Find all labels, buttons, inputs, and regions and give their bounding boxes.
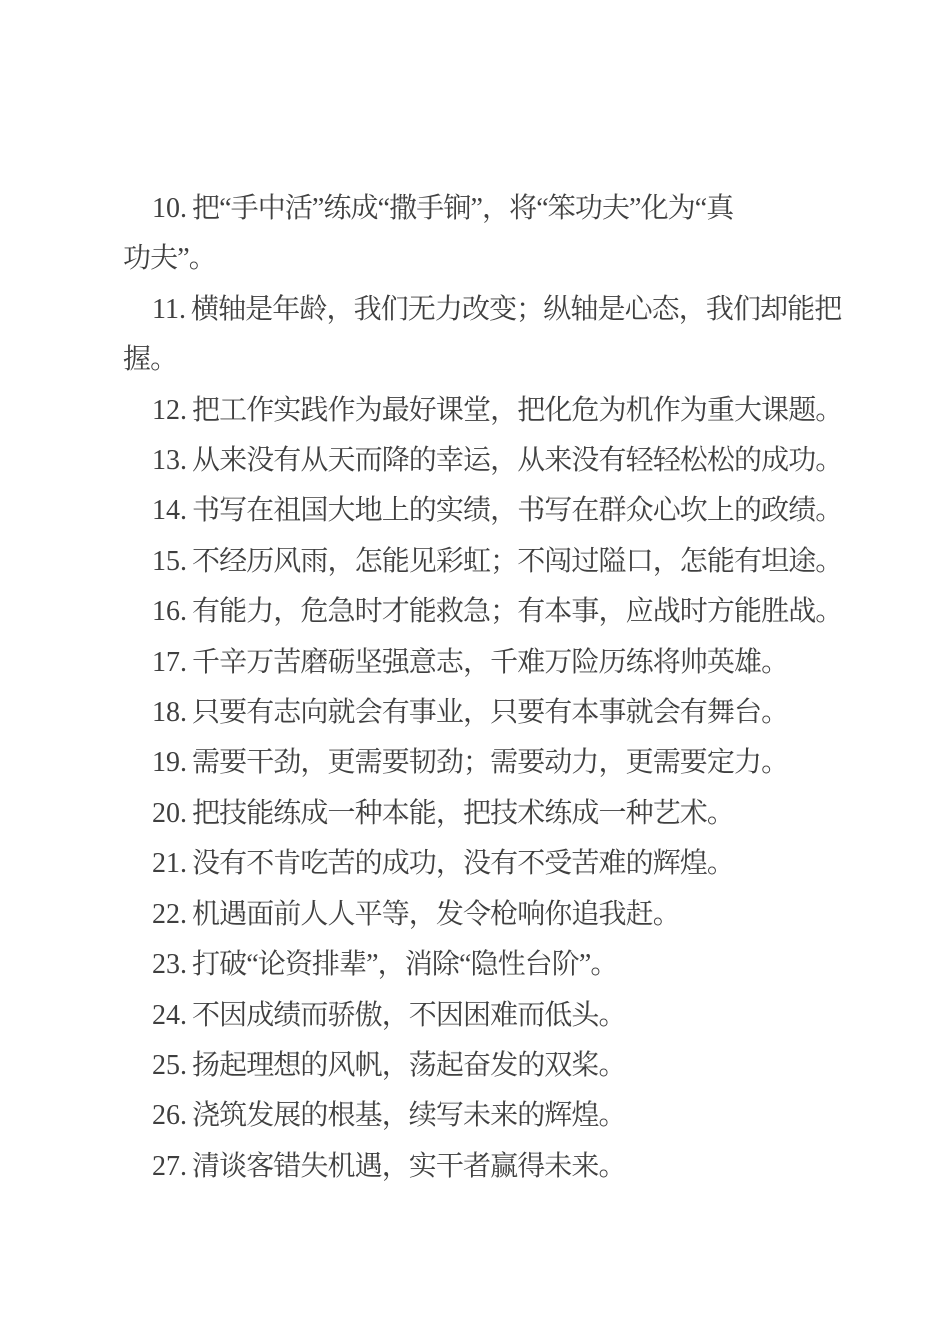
item-number: 12. [152, 395, 187, 426]
item-number: 16. [152, 596, 187, 627]
item-text: 扬起理想的风帆，荡起奋发的双桨。 [192, 1050, 626, 1081]
item-number: 17. [152, 647, 187, 678]
item-number: 14. [152, 495, 187, 526]
item-number: 20. [152, 798, 187, 829]
list-item-15: 15.不经历风雨，怎能见彩虹；不闯过隘口，怎能有坦途。 [123, 537, 863, 587]
item-number: 25. [152, 1050, 187, 1081]
item-text: 需要干劲，更需要韧劲；需要动力，更需要定力。 [192, 747, 788, 778]
list-item-24: 24.不因成绩而骄傲，不因困难而低头。 [123, 991, 863, 1041]
list-item-10: 10.把“手中活”练成“撒手锏”，将“笨功夫”化为“真 功夫”。 [123, 184, 863, 285]
list-item-18: 18.只要有志向就会有事业，只要有本事就会有舞台。 [123, 688, 863, 738]
item-number: 13. [152, 445, 187, 476]
item-text: 浇筑发展的根基，续写未来的辉煌。 [192, 1100, 626, 1131]
item-text: 把工作实践作为最好课堂，把化危为机作为重大课题。 [192, 395, 842, 426]
item-number: 22. [152, 899, 187, 930]
item-text: 横轴是年龄，我们无力改变；纵轴是心态，我们却能把 握。 [123, 294, 841, 375]
list-item-14: 14.书写在祖国大地上的实绩，书写在群众心坎上的政绩。 [123, 486, 863, 536]
item-number: 11. [152, 294, 186, 325]
list-item-27: 27.清谈客错失机遇，实干者赢得未来。 [123, 1142, 863, 1192]
list-item-11: 11.横轴是年龄，我们无力改变；纵轴是心态，我们却能把 握。 [123, 285, 863, 386]
list-item-21: 21.没有不肯吃苦的成功，没有不受苦难的辉煌。 [123, 839, 863, 889]
item-text: 不因成绩而骄傲，不因困难而低头。 [192, 1000, 626, 1031]
list-item-19: 19.需要干劲，更需要韧劲；需要动力，更需要定力。 [123, 738, 863, 788]
list-item-25: 25.扬起理想的风帆，荡起奋发的双桨。 [123, 1041, 863, 1091]
list-item-20: 20.把技能练成一种本能，把技术练成一种艺术。 [123, 789, 863, 839]
item-number: 26. [152, 1100, 187, 1131]
item-text: 没有不肯吃苦的成功，没有不受苦难的辉煌。 [192, 848, 734, 879]
item-text: 只要有志向就会有事业，只要有本事就会有舞台。 [192, 697, 788, 728]
list-item-16: 16.有能力，危急时才能救急；有本事，应战时方能胜战。 [123, 587, 863, 637]
item-text: 不经历风雨，怎能见彩虹；不闯过隘口，怎能有坦途。 [192, 546, 842, 577]
item-number: 15. [152, 546, 187, 577]
item-number: 24. [152, 1000, 187, 1031]
item-text: 从来没有从天而降的幸运，从来没有轻轻松松的成功。 [192, 445, 842, 476]
list-item-26: 26.浇筑发展的根基，续写未来的辉煌。 [123, 1091, 863, 1141]
item-number: 21. [152, 848, 187, 879]
item-text: 有能力，危急时才能救急；有本事，应战时方能胜战。 [192, 596, 842, 627]
item-text: 把“手中活”练成“撒手锏”，将“笨功夫”化为“真 功夫”。 [123, 193, 733, 274]
list-item-23: 23.打破“论资排辈”，消除“隐性台阶”。 [123, 940, 863, 990]
document-page: 10.把“手中活”练成“撒手锏”，将“笨功夫”化为“真 功夫”。 11.横轴是年… [0, 0, 950, 1344]
list-item-17: 17.千辛万苦磨砺坚强意志，千难万险历练将帅英雄。 [123, 638, 863, 688]
item-text: 把技能练成一种本能，把技术练成一种艺术。 [192, 798, 734, 829]
list-item-13: 13.从来没有从天而降的幸运，从来没有轻轻松松的成功。 [123, 436, 863, 486]
list-item-12: 12.把工作实践作为最好课堂，把化危为机作为重大课题。 [123, 386, 863, 436]
item-number: 19. [152, 747, 187, 778]
item-number: 18. [152, 697, 187, 728]
quote-list: 10.把“手中活”练成“撒手锏”，将“笨功夫”化为“真 功夫”。 11.横轴是年… [123, 184, 863, 1192]
item-number: 23. [152, 949, 187, 980]
item-number: 27. [152, 1151, 187, 1182]
item-text: 千辛万苦磨砺坚强意志，千难万险历练将帅英雄。 [192, 647, 788, 678]
item-text: 机遇面前人人平等，发令枪响你追我赶。 [192, 899, 680, 930]
item-text: 清谈客错失机遇，实干者赢得未来。 [192, 1151, 626, 1182]
list-item-22: 22.机遇面前人人平等，发令枪响你追我赶。 [123, 890, 863, 940]
item-text: 书写在祖国大地上的实绩，书写在群众心坎上的政绩。 [192, 495, 842, 526]
item-text: 打破“论资排辈”，消除“隐性台阶”。 [192, 949, 618, 980]
item-number: 10. [152, 193, 187, 224]
